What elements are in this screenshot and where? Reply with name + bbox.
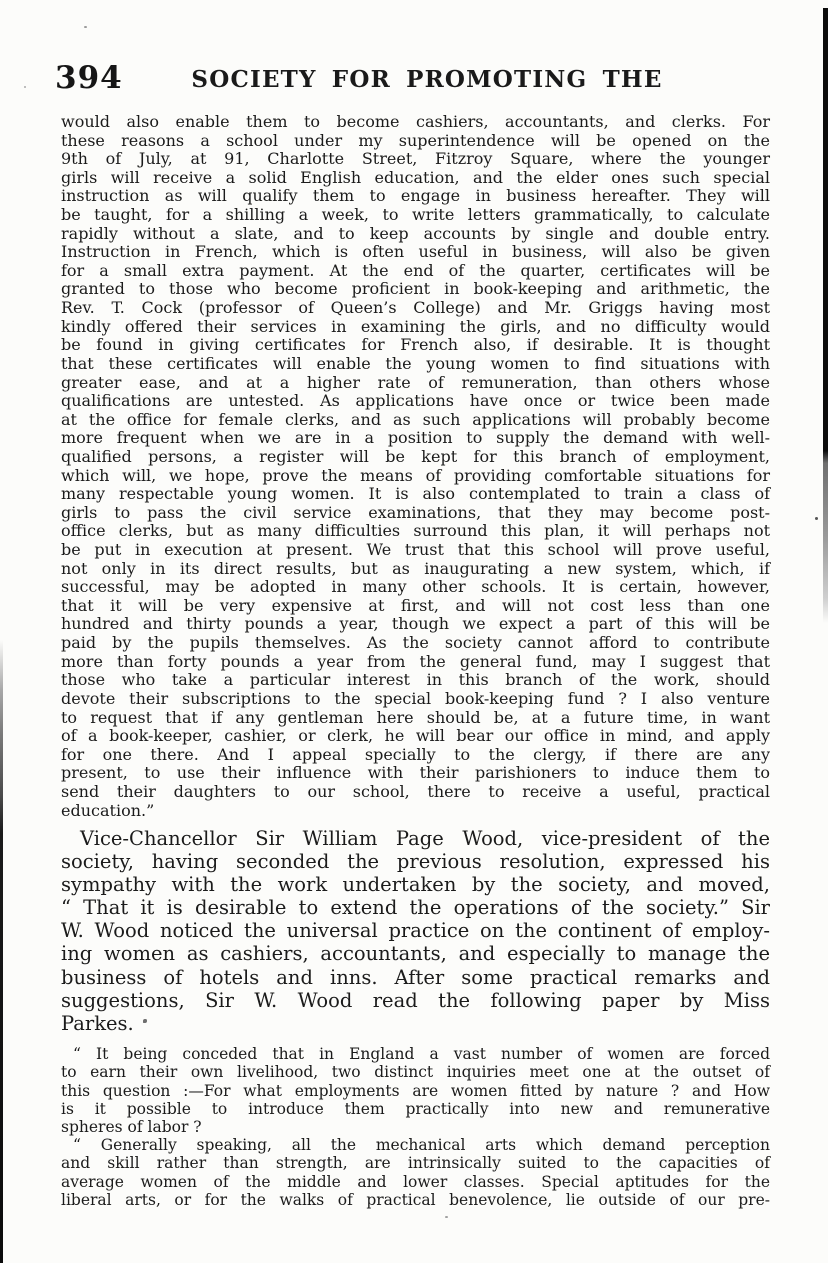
body-paragraph-4: “ Generally speaking, all the mechanical… <box>61 1136 770 1209</box>
text-line: would also enable them to become cashier… <box>61 113 770 132</box>
text-line: “ It being conceded that in England a va… <box>61 1045 770 1063</box>
text-line: office clerks, but as many difficulties … <box>61 522 770 541</box>
text-line: rapidly without a slate, and to keep acc… <box>61 225 770 244</box>
text-column: would also enable them to become cashier… <box>61 0 770 1263</box>
text-line: sympathy with the work undertaken by the… <box>61 873 770 896</box>
text-line: suggestions, Sir W. Wood read the follow… <box>61 989 770 1012</box>
text-line: hundred and thirty pounds a year, though… <box>61 615 770 634</box>
body-paragraph-1: would also enable them to become cashier… <box>61 113 770 820</box>
scan-edge-shadow-left <box>0 640 3 1263</box>
scan-speck <box>143 1019 147 1023</box>
text-line: spheres of labor ? <box>61 1118 770 1136</box>
text-line: be taught, for a shilling a week, to wri… <box>61 206 770 225</box>
text-line: instruction as will qualify them to enga… <box>61 187 770 206</box>
text-line: Parkes. <box>61 1012 770 1035</box>
text-line: of a book-keeper, cashier, or clerk, he … <box>61 727 770 746</box>
text-line: for a small extra payment. At the end of… <box>61 262 770 281</box>
text-line: society, having seconded the previous re… <box>61 850 770 873</box>
scan-edge-shadow-right <box>823 8 828 623</box>
text-line: be put in execution at present. We trust… <box>61 541 770 560</box>
body-paragraph-3: “ It being conceded that in England a va… <box>61 1045 770 1136</box>
text-line: ing women as cashiers, accountants, and … <box>61 942 770 965</box>
text-line: girls will receive a solid English educa… <box>61 169 770 188</box>
scan-speck <box>815 517 818 520</box>
text-line: qualifications are untested. As applicat… <box>61 392 770 411</box>
scanned-book-page: 394 SOCIETY FOR PROMOTING THE would also… <box>0 0 828 1263</box>
text-line: that these certificates will enable the … <box>61 355 770 374</box>
scan-speck <box>445 1216 448 1218</box>
text-line: Vice-Chancellor Sir William Page Wood, v… <box>61 827 770 850</box>
body-paragraph-2: Vice-Chancellor Sir William Page Wood, v… <box>61 827 770 1035</box>
text-line: W. Wood noticed the universal practice o… <box>61 919 770 942</box>
text-line: Rev. T. Cock (professor of Queen’s Colle… <box>61 299 770 318</box>
text-line: 9th of July, at 91, Charlotte Street, Fi… <box>61 150 770 169</box>
text-line: present, to use their influence with the… <box>61 764 770 783</box>
scan-speck <box>84 26 87 28</box>
text-line: those who take a particular interest in … <box>61 671 770 690</box>
text-line: more frequent when we are in a position … <box>61 429 770 448</box>
text-line: to earn their own livelihood, two distin… <box>61 1063 770 1081</box>
text-line: granted to those who become proficient i… <box>61 280 770 299</box>
text-line: girls to pass the civil service examinat… <box>61 504 770 523</box>
text-line: kindly offered their services in examini… <box>61 318 770 337</box>
text-line: average women of the middle and lower cl… <box>61 1173 770 1191</box>
text-line: this question :—For what employments are… <box>61 1082 770 1100</box>
text-line: liberal arts, or for the walks of practi… <box>61 1191 770 1209</box>
text-line: that it will be very expensive at first,… <box>61 597 770 616</box>
text-line: “ Generally speaking, all the mechanical… <box>61 1136 770 1154</box>
text-line: to request that if any gentleman here sh… <box>61 709 770 728</box>
text-line: many respectable young women. It is also… <box>61 485 770 504</box>
text-line: is it possible to introduce them practic… <box>61 1100 770 1118</box>
text-line: paid by the pupils themselves. As the so… <box>61 634 770 653</box>
text-line: which will, we hope, prove the means of … <box>61 467 770 486</box>
scan-speck <box>24 86 26 88</box>
text-line: not only in its direct results, but as i… <box>61 560 770 579</box>
text-line: for one there. And I appeal specially to… <box>61 746 770 765</box>
text-line: these reasons a school under my superint… <box>61 132 770 151</box>
text-line: send their daughters to our school, ther… <box>61 783 770 802</box>
text-line: greater ease, and at a higher rate of re… <box>61 374 770 393</box>
text-line: successful, may be adopted in many other… <box>61 578 770 597</box>
text-line: at the office for female clerks, and as … <box>61 411 770 430</box>
text-line: “ That it is desirable to extend the ope… <box>61 896 770 919</box>
text-line: and skill rather than strength, are intr… <box>61 1154 770 1172</box>
text-line: education.” <box>61 802 770 821</box>
text-line: more than forty pounds a year from the g… <box>61 653 770 672</box>
text-line: business of hotels and inns. After some … <box>61 966 770 989</box>
text-line: qualified persons, a register will be ke… <box>61 448 770 467</box>
text-line: Instruction in French, which is often us… <box>61 243 770 262</box>
text-line: devote their subscriptions to the specia… <box>61 690 770 709</box>
text-line: be found in giving certificates for Fren… <box>61 336 770 355</box>
